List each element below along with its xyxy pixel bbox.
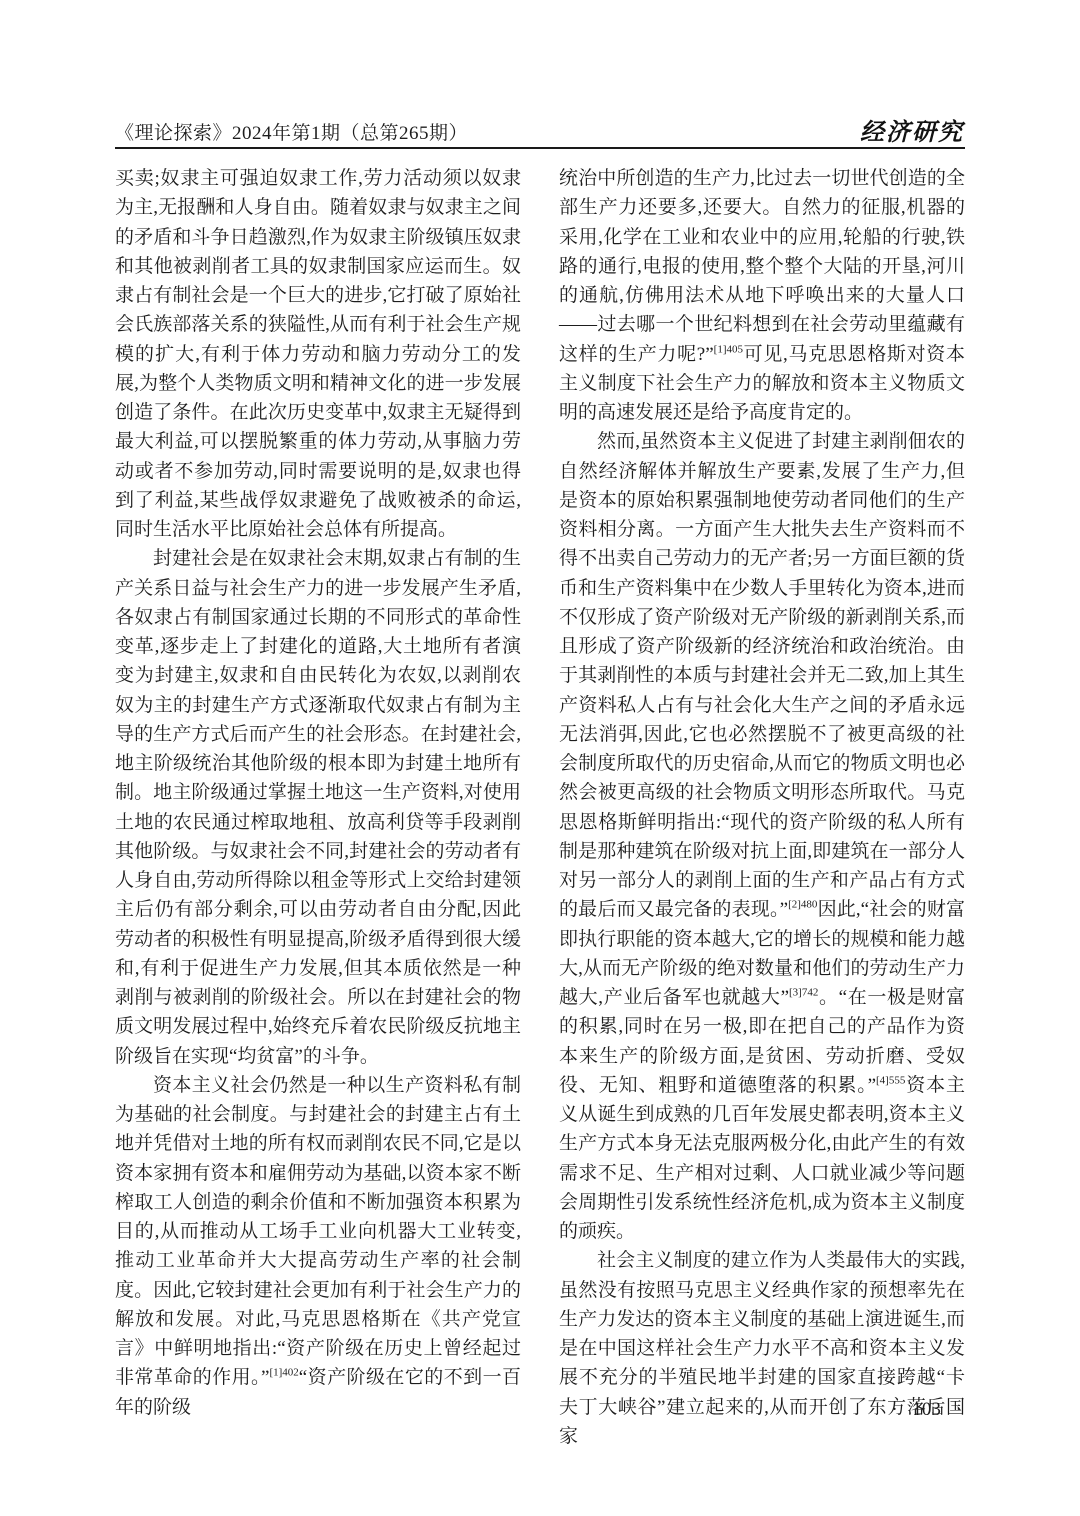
- paragraph: 然而,虽然资本主义促进了封建主剥削佃农的自然经济解体并解放生产要素,发展了生产力…: [559, 427, 965, 1246]
- paragraph: 资本主义社会仍然是一种以生产资料私有制为基础的社会制度。与封建社会的封建主占有土…: [115, 1071, 521, 1422]
- citation-superscript: [1]405: [714, 343, 743, 355]
- left-column: 买卖;奴隶主可强迫奴隶工作,劳力活动须以奴隶为主,无报酬和人身自由。随着奴隶与奴…: [115, 164, 521, 1451]
- paragraph: 买卖;奴隶主可强迫奴隶工作,劳力活动须以奴隶为主,无报酬和人身自由。随着奴隶与奴…: [115, 164, 521, 544]
- citation-superscript: [1]402: [269, 1367, 298, 1379]
- citation-superscript: [2]480: [788, 899, 817, 911]
- right-column: 统治中所创造的生产力,比过去一切世代创造的全部生产力还要多,还要大。自然力的征服…: [559, 164, 965, 1451]
- paragraph: 统治中所创造的生产力,比过去一切世代创造的全部生产力还要多,还要大。自然力的征服…: [559, 164, 965, 427]
- journal-issue-info: 《理论探索》2024年第1期（总第265期）: [115, 118, 468, 145]
- paragraph: 封建社会是在奴隶社会末期,奴隶占有制的生产关系日益与社会生产力的进一步发展产生矛…: [115, 544, 521, 1071]
- journal-page: 《理论探索》2024年第1期（总第265期） 经济研究 买卖;奴隶主可强迫奴隶工…: [0, 0, 1080, 1516]
- page-number: · 103 ·: [891, 1399, 962, 1421]
- article-body: 买卖;奴隶主可强迫奴隶工作,劳力活动须以奴隶为主,无报酬和人身自由。随着奴隶与奴…: [115, 164, 965, 1451]
- citation-superscript: [4]555: [876, 1074, 905, 1086]
- section-label: 经济研究: [860, 112, 964, 147]
- citation-superscript: [3]742: [789, 987, 818, 999]
- header-rule: [115, 147, 965, 149]
